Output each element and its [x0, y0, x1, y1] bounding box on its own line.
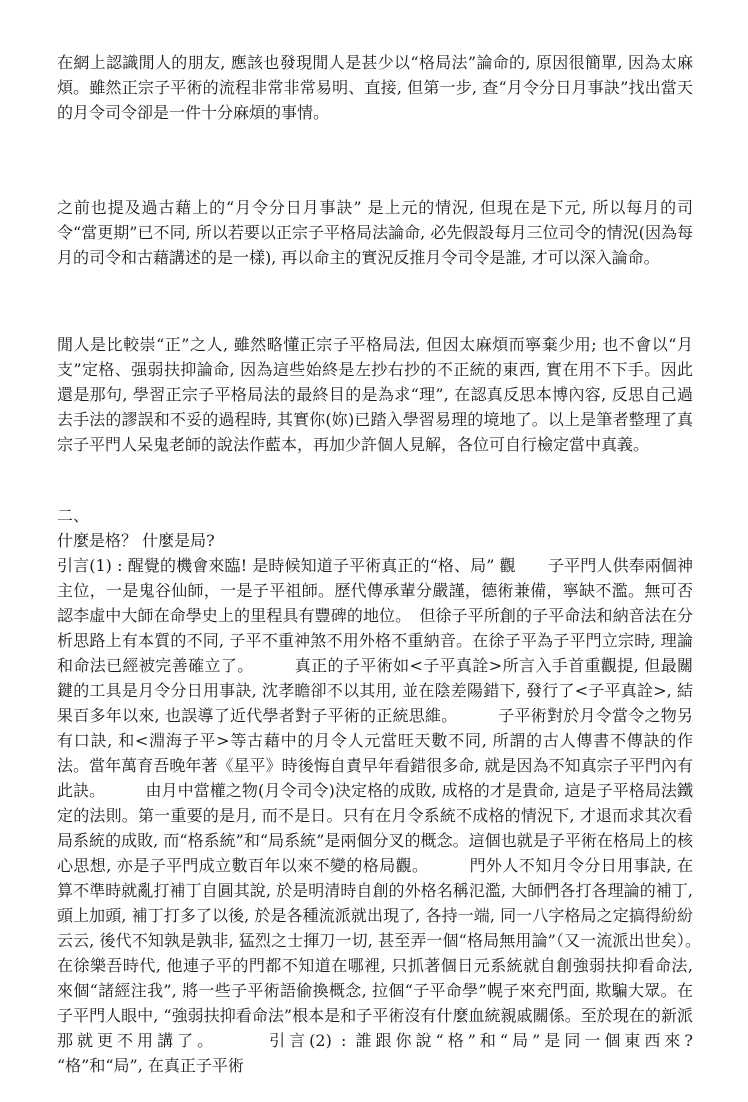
paragraph-introduction-ge-ju: 引言(1) : 醒覺的機會來臨! 是時候知道子平術真正的“格、局” 觀 子平門人… — [57, 553, 693, 1078]
section-title: 什麼是格？ 什麼是局? — [57, 528, 693, 553]
document-page: 在網上認識閒人的朋友, 應該也發現閒人是甚少以“格局法”論命的, 原因很簡單, … — [0, 0, 748, 1102]
paragraph-yueling-situation: 之前也提及過古藉上的“月令分日月事訣” 是上元的情況, 但現在是下元, 所以每月… — [57, 195, 693, 270]
section-number: 二、 — [57, 503, 693, 528]
paragraph-author-stance: 閒人是比較崇“正”之人, 雖然略懂正宗子平格局法, 但因太麻煩而寧棄少用; 也不… — [57, 332, 693, 457]
paragraph-intro-geju-method: 在網上認識閒人的朋友, 應該也發現閒人是甚少以“格局法”論命的, 原因很簡單, … — [57, 50, 693, 125]
